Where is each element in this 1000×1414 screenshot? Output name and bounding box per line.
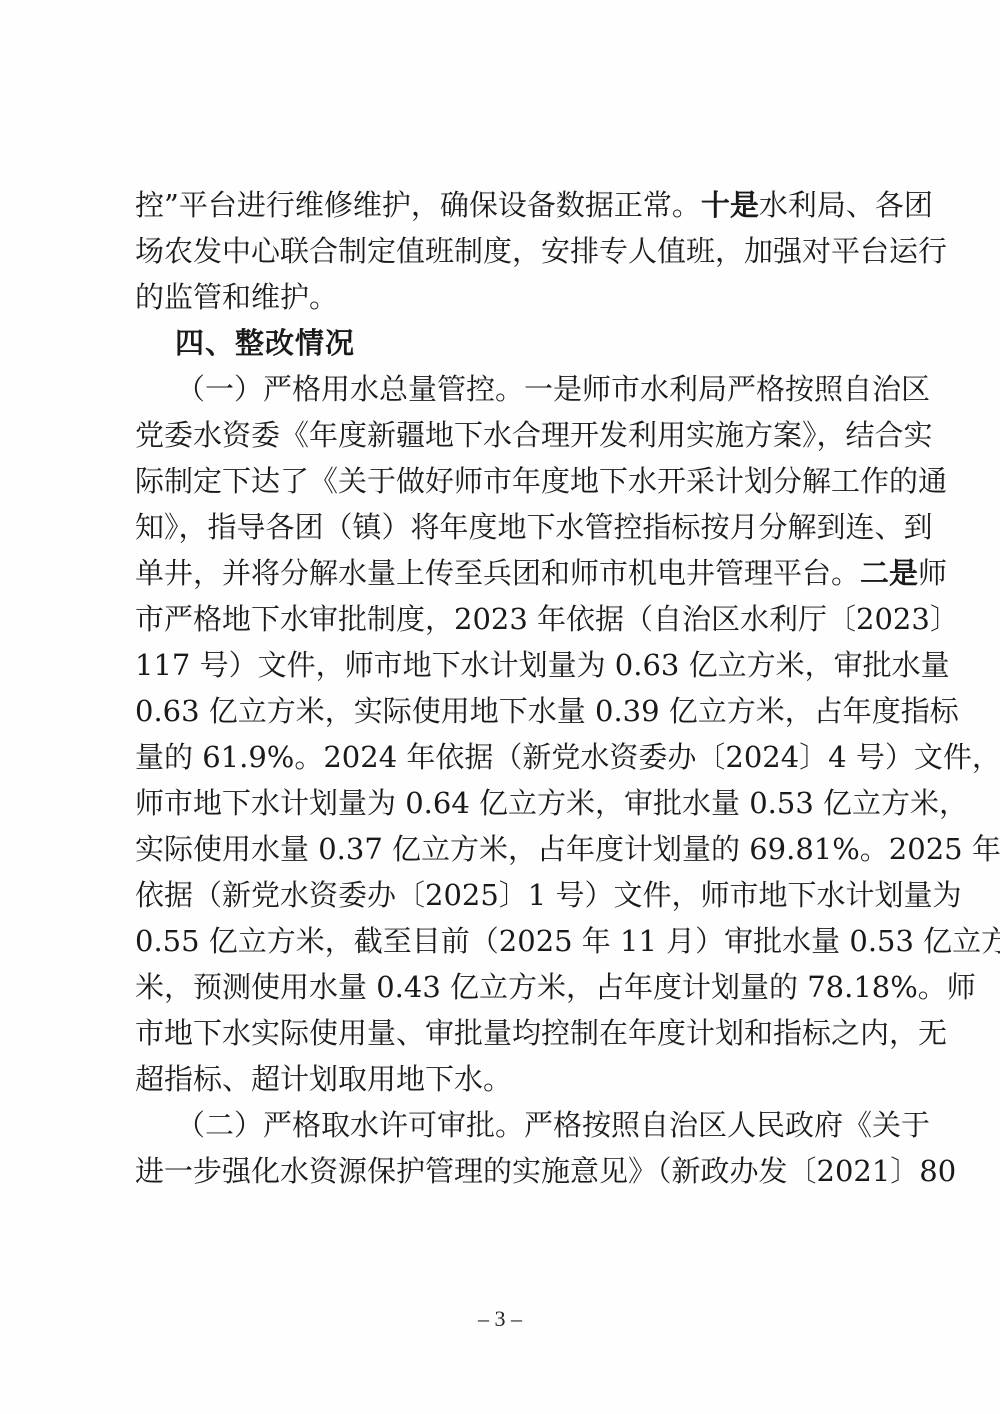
document-page: 控”平台进行维修维护，确保设备数据正常。十是水利局、各团 场农发中心联合制定值班… <box>0 0 1000 1414</box>
paragraph-line: 场农发中心联合制定值班制度，安排专人值班，加强对平台运行 <box>135 228 887 274</box>
line-text: 严格取水许可审批。严格按照自治区人民政府《关于 <box>263 1108 930 1142</box>
subsection-number: （一） <box>176 372 263 406</box>
paragraph-line: （二）严格取水许可审批。严格按照自治区人民政府《关于 <box>176 1102 887 1148</box>
paragraph-line: 知》，指导各团（镇）将年度地下水管控指标按月分解到连、到 <box>135 504 887 550</box>
paragraph-line: 师市地下水计划量为 0.64 亿立方米，审批水量 0.53 亿立方米， <box>135 780 887 826</box>
paragraph-line: 0.55 亿立方米，截至目前（2025 年 11 月）审批水量 0.53 亿立方 <box>135 918 887 964</box>
paragraph-line: 量的 61.9%。2024 年依据（新党水资委办〔2024〕4 号）文件， <box>135 734 887 780</box>
paragraph-line: 117 号）文件，师市地下水计划量为 0.63 亿立方米，审批水量 <box>135 642 887 688</box>
paragraph-line: 0.63 亿立方米，实际使用地下水量 0.39 亿立方米，占年度指标 <box>135 688 887 734</box>
paragraph-line: 市严格地下水审批制度，2023 年依据（自治区水利厅〔2023〕 <box>135 596 887 642</box>
subsection-number: （二） <box>176 1108 263 1142</box>
page-number: – 3 – <box>0 1306 1000 1332</box>
paragraph-line: 米，预测使用水量 0.43 亿立方米，占年度计划量的 78.18%。师 <box>135 964 887 1010</box>
bold-lead: 二是 <box>860 556 918 590</box>
paragraph-line: 党委水资委《年度新疆地下水合理开发利用实施方案》，结合实 <box>135 412 887 458</box>
line-text: 水利局、各团 <box>759 188 933 222</box>
paragraph-line: 依据（新党水资委办〔2025〕1 号）文件，师市地下水计划量为 <box>135 872 887 918</box>
paragraph-line: 单井，并将分解水量上传至兵团和师市机电井管理平台。二是师 <box>135 550 887 596</box>
paragraph-line: 进一步强化水资源保护管理的实施意见》（新政办发〔2021〕80 <box>135 1148 887 1194</box>
paragraph-line: 控”平台进行维修维护，确保设备数据正常。十是水利局、各团 <box>135 182 887 228</box>
section-heading: 四、整改情况 <box>175 320 866 366</box>
line-text: 控”平台进行维修维护，确保设备数据正常。 <box>135 188 701 222</box>
paragraph-line: 超指标、超计划取用地下水。 <box>135 1056 887 1102</box>
paragraph-line: 的监管和维护。 <box>135 274 887 320</box>
paragraph-line: 实际使用水量 0.37 亿立方米，占年度计划量的 69.81%。2025 年 <box>135 826 887 872</box>
paragraph-line: 际制定下达了《关于做好师市年度地下水开采计划分解工作的通 <box>135 458 887 504</box>
bold-lead: 十是 <box>701 188 759 222</box>
paragraph-line: 市地下水实际使用量、审批量均控制在年度计划和指标之内，无 <box>135 1010 887 1056</box>
paragraph-line: （一）严格用水总量管控。一是师市水利局严格按照自治区 <box>176 366 887 412</box>
line-text: 单井，并将分解水量上传至兵团和师市机电井管理平台。 <box>135 556 860 590</box>
line-text: 严格用水总量管控。一是师市水利局严格按照自治区 <box>263 372 930 406</box>
line-text: 师 <box>918 556 947 590</box>
